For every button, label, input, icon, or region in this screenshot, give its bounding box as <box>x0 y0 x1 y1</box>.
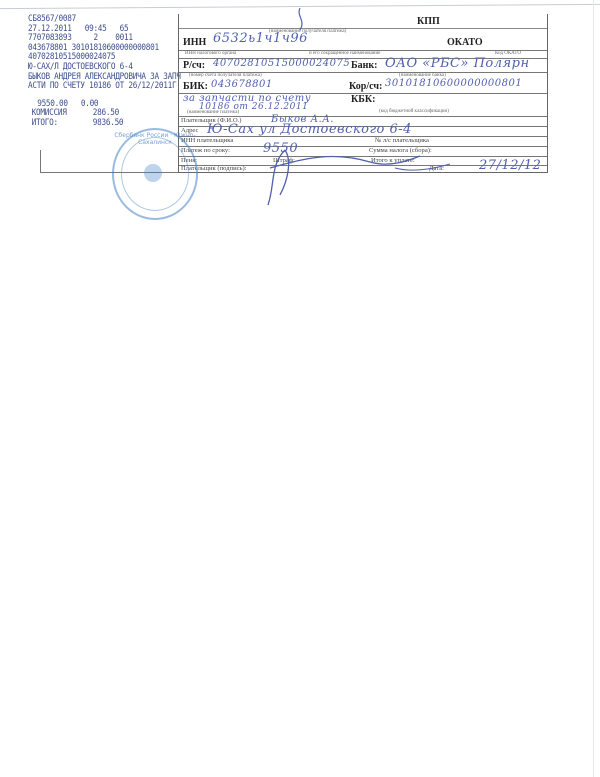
signature-icon <box>0 0 600 777</box>
